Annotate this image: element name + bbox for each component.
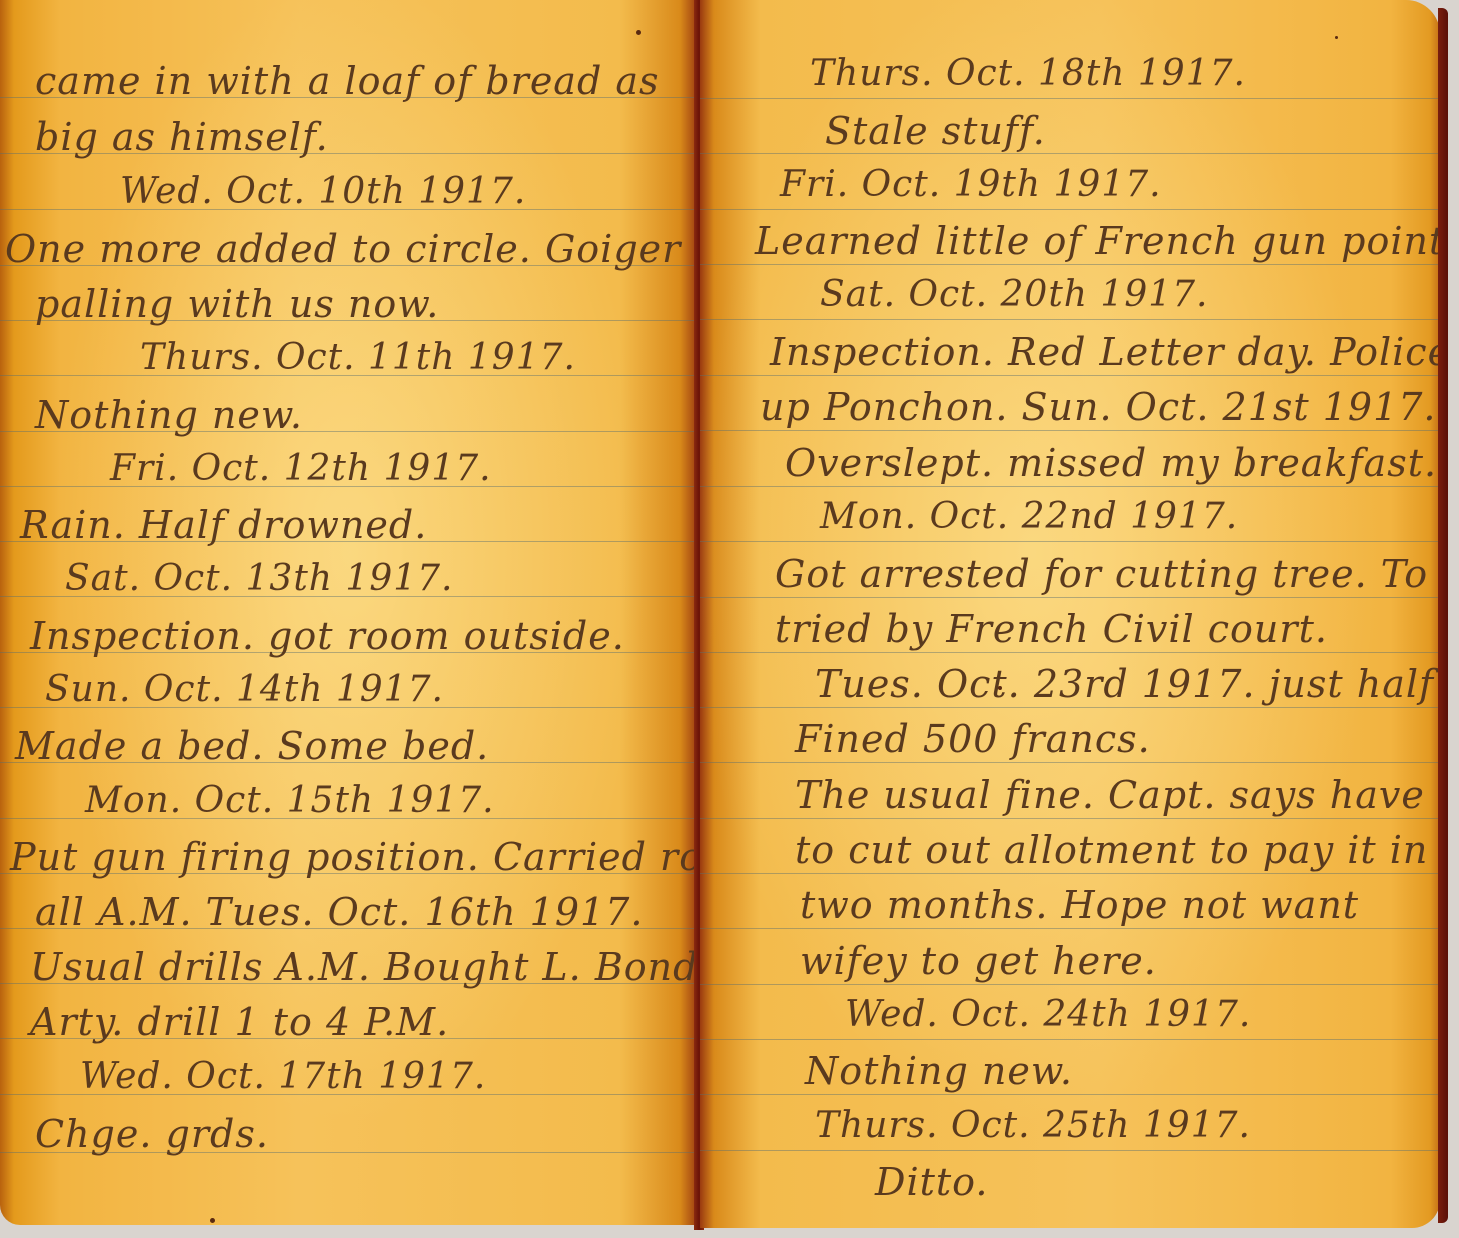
diary-date: Thurs. Oct. 18th 1917. bbox=[810, 56, 1246, 92]
ruled-line bbox=[700, 873, 1440, 874]
diary-line: palling with us now. bbox=[35, 285, 439, 323]
diary-line: Made a bed. Some bed. bbox=[15, 727, 489, 765]
diary-spread: came in with a loaf of bread as big as h… bbox=[0, 0, 1459, 1238]
ruled-line bbox=[700, 319, 1440, 320]
ruled-line bbox=[700, 264, 1440, 265]
diary-date: Thurs. Oct. 25th 1917. bbox=[815, 1108, 1251, 1144]
ruled-line bbox=[700, 153, 1440, 154]
diary-line: all A.M. Tues. Oct. 16th 1917. bbox=[35, 893, 643, 931]
ink-speck bbox=[998, 686, 1002, 690]
ruled-line bbox=[700, 984, 1440, 985]
ink-speck bbox=[1335, 36, 1338, 39]
diary-date: Wed. Oct. 24th 1917. bbox=[845, 997, 1251, 1033]
diary-date: Sat. Oct. 20th 1917. bbox=[820, 277, 1208, 313]
diary-line: Inspection. Red Letter day. Policed bbox=[770, 333, 1440, 371]
diary-date: Fri. Oct. 12th 1917. bbox=[110, 451, 492, 487]
diary-line: Overslept. missed my breakfast. bbox=[785, 444, 1437, 482]
diary-line: Got arrested for cutting tree. To be bbox=[775, 555, 1440, 593]
ruled-line bbox=[700, 541, 1440, 542]
left-page: came in with a loaf of bread as big as h… bbox=[0, 0, 698, 1225]
ruled-line bbox=[700, 707, 1440, 708]
diary-line: Learned little of French gun pointing. bbox=[755, 222, 1440, 260]
ruled-line bbox=[700, 1094, 1440, 1095]
ruled-line bbox=[700, 1039, 1440, 1040]
diary-date: Fri. Oct. 19th 1917. bbox=[780, 167, 1162, 203]
diary-line: big as himself. bbox=[35, 118, 329, 156]
diary-line: Nothing new. bbox=[35, 396, 303, 434]
ink-speck bbox=[210, 1218, 215, 1223]
ink-speck bbox=[636, 30, 641, 35]
diary-line: two months. Hope not want bbox=[800, 886, 1359, 924]
diary-line: One more added to circle. Goiger bbox=[5, 230, 681, 268]
diary-date: Wed. Oct. 17th 1917. bbox=[80, 1059, 486, 1095]
diary-line: up Ponchon. Sun. Oct. 21st 1917. bbox=[760, 388, 1437, 426]
ruled-line bbox=[700, 762, 1440, 763]
ruled-line bbox=[700, 597, 1440, 598]
diary-date: Thurs. Oct. 11th 1917. bbox=[140, 340, 576, 376]
diary-line: The usual fine. Capt. says have bbox=[795, 776, 1425, 814]
diary-line: Usual drills A.M. Bought L. Bond. bbox=[30, 948, 698, 986]
diary-line: Put gun firing position. Carried rocks bbox=[10, 838, 698, 876]
ruled-line bbox=[700, 928, 1440, 929]
diary-date: Mon. Oct. 22nd 1917. bbox=[820, 499, 1238, 535]
ruled-line bbox=[700, 652, 1440, 653]
ruled-line bbox=[700, 818, 1440, 819]
diary-line: to cut out allotment to pay it in bbox=[795, 831, 1428, 869]
cover-edge bbox=[1438, 8, 1448, 1223]
diary-date: Wed. Oct. 10th 1917. bbox=[120, 174, 526, 210]
ruled-line bbox=[700, 375, 1440, 376]
diary-line: Stale stuff. bbox=[825, 112, 1046, 150]
diary-line: Arty. drill 1 to 4 P.M. bbox=[30, 1003, 449, 1041]
diary-date: Sat. Oct. 13th 1917. bbox=[65, 561, 453, 597]
diary-line: Nothing new. bbox=[805, 1052, 1073, 1090]
diary-line: Ditto. bbox=[875, 1163, 988, 1201]
right-page: Thurs. Oct. 18th 1917. Stale stuff. Fri.… bbox=[700, 0, 1440, 1228]
diary-line: Fined 500 francs. bbox=[795, 720, 1151, 758]
ruled-line bbox=[700, 1150, 1440, 1151]
diary-line: Chge. grds. bbox=[35, 1115, 269, 1153]
ruled-line bbox=[700, 98, 1440, 99]
diary-line: tried by French Civil court. bbox=[775, 610, 1328, 648]
ruled-line bbox=[700, 430, 1440, 431]
ruled-line bbox=[700, 486, 1440, 487]
diary-date: Mon. Oct. 15th 1917. bbox=[85, 783, 495, 819]
diary-line: Inspection. got room outside. bbox=[30, 617, 625, 655]
diary-line: wifey to get here. bbox=[800, 942, 1157, 980]
ruled-line bbox=[700, 209, 1440, 210]
diary-line: Rain. Half drowned. bbox=[20, 506, 427, 544]
diary-date: Sun. Oct. 14th 1917. bbox=[45, 672, 444, 708]
diary-line: Tues. Oct. 23rd 1917. just half bbox=[815, 665, 1434, 703]
diary-line: came in with a loaf of bread as bbox=[35, 62, 660, 100]
